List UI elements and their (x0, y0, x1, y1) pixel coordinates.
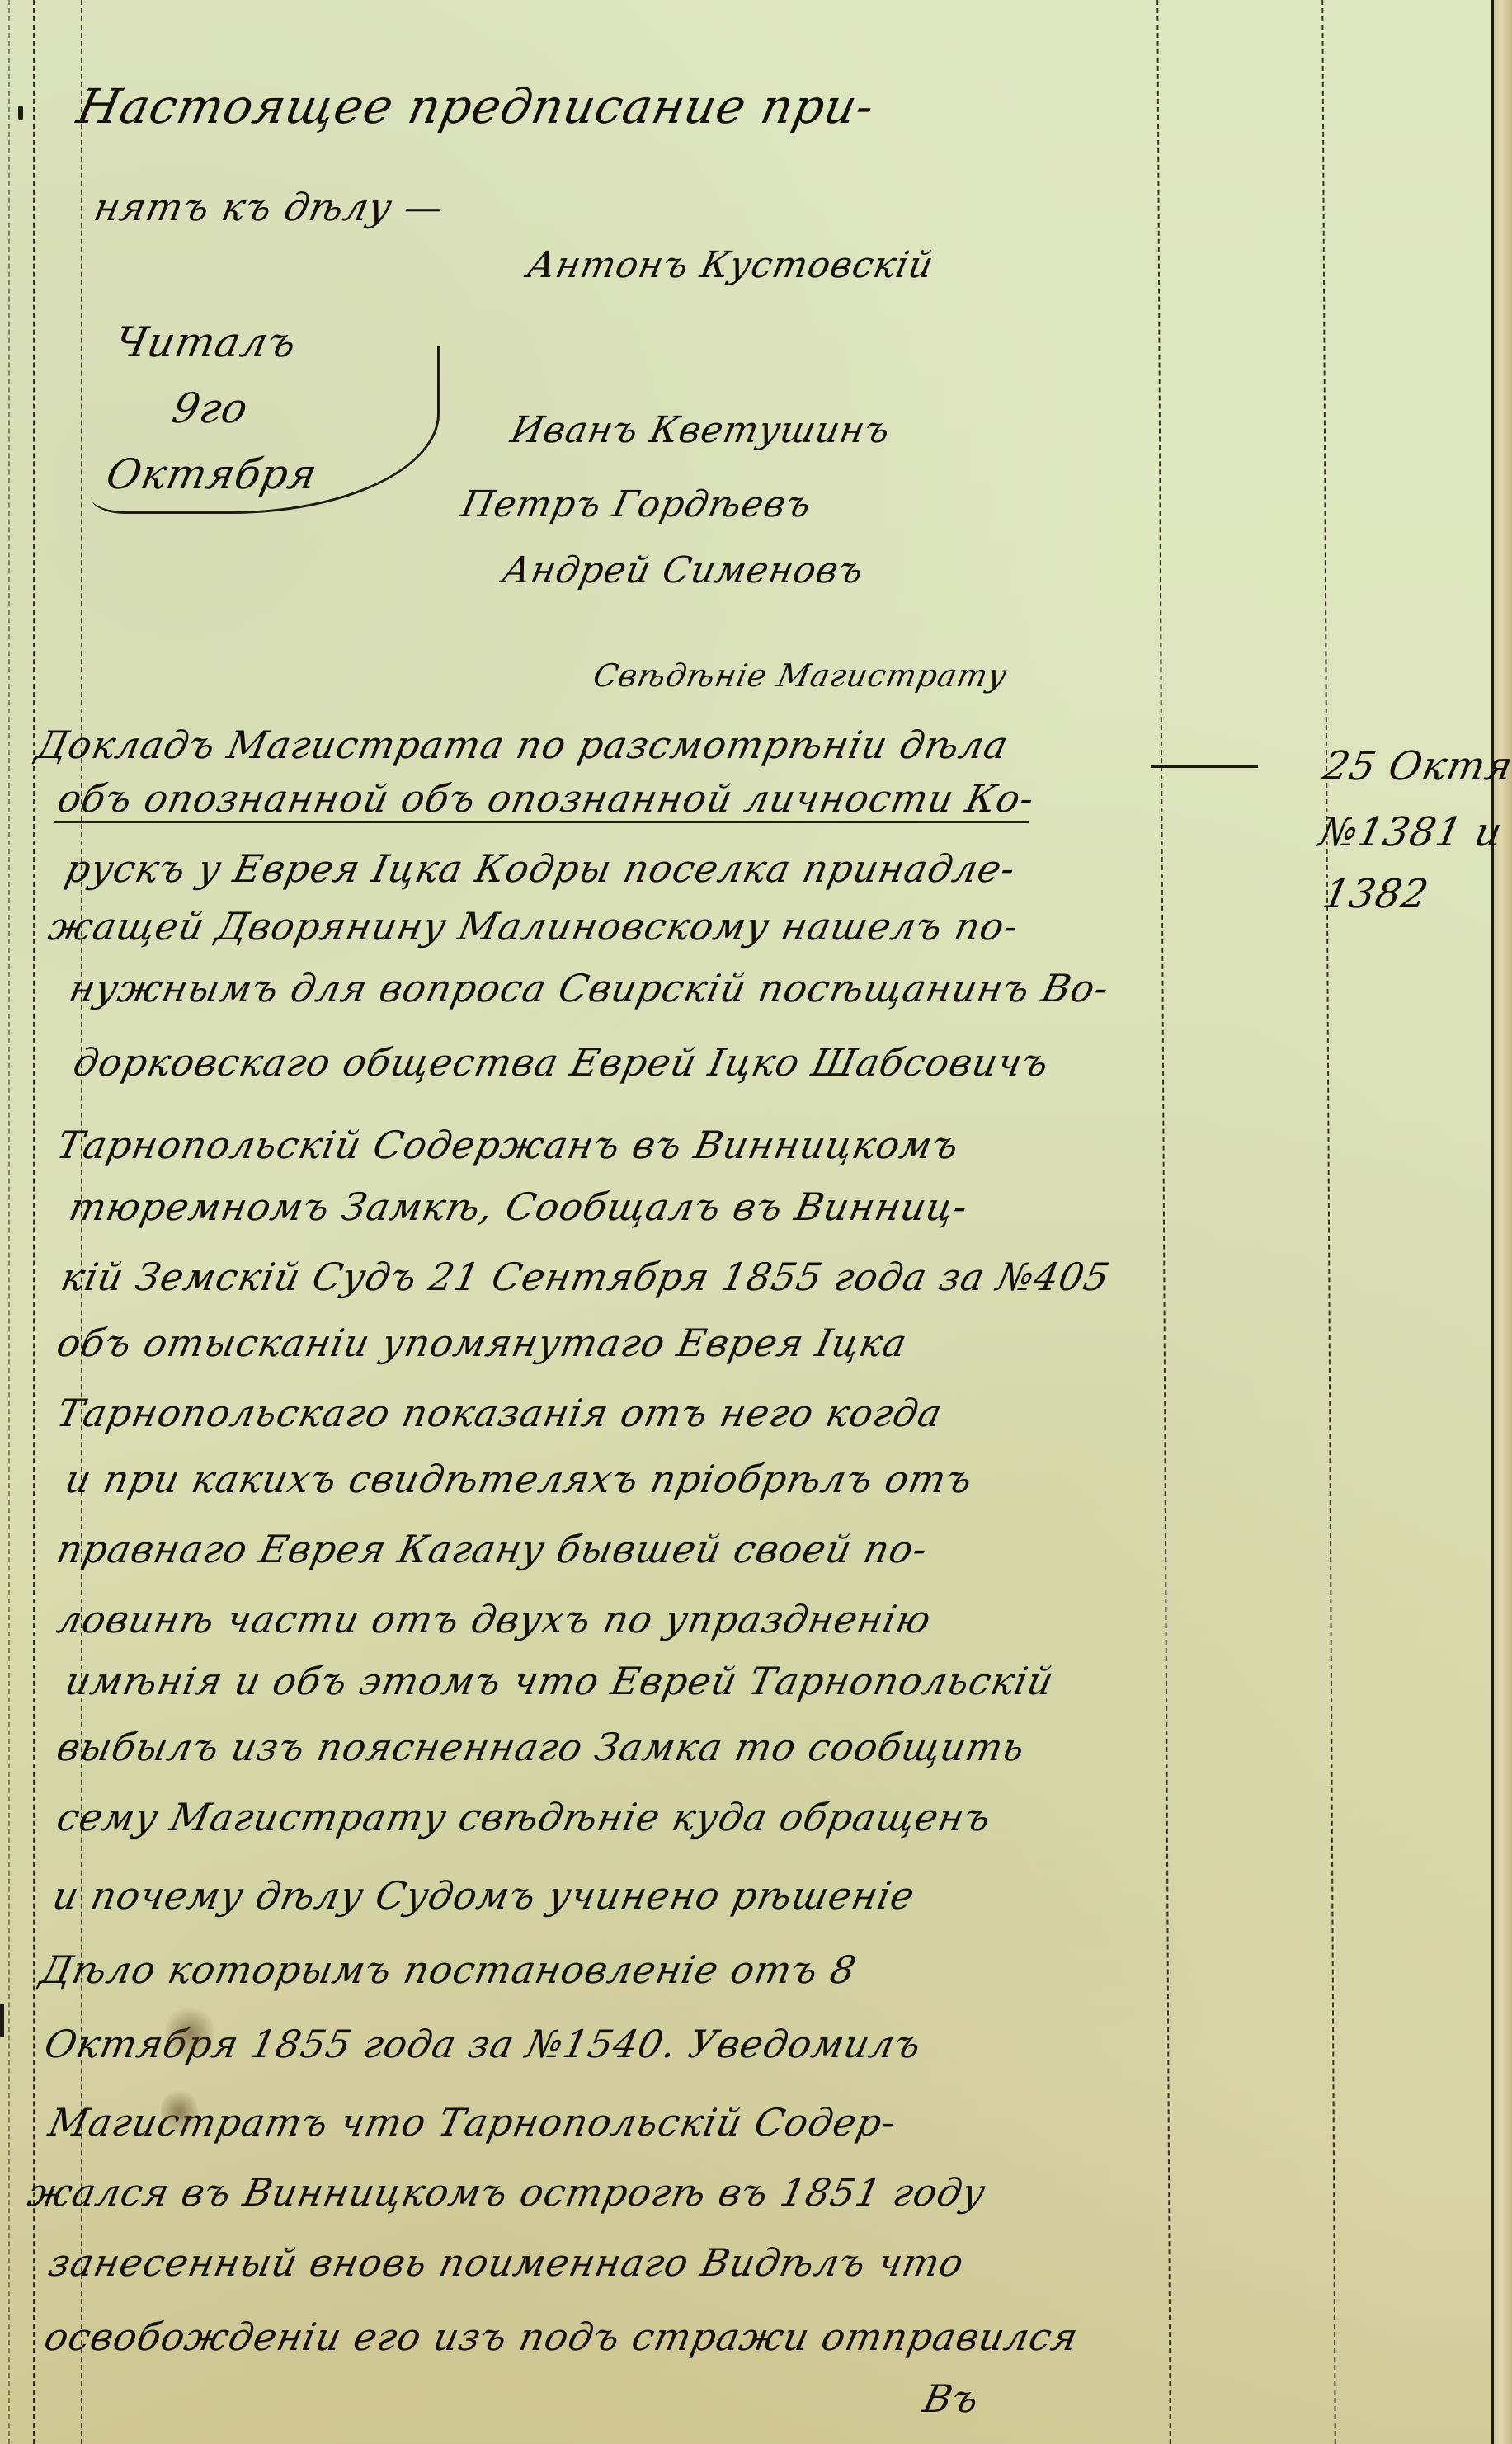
header-line-2: нятъ къ дѣлу — (91, 188, 448, 226)
ink-stain (161, 2087, 198, 2136)
body-line: тюремномъ Замкѣ, Сообщалъ въ Винниц- (66, 1188, 972, 1226)
over-note: Свѣдѣніе Магистрату (591, 660, 1010, 691)
signature-3: Петръ Гордѣевъ (458, 487, 814, 523)
body-line: Тарнопольскаго показанія отъ него когда (54, 1394, 946, 1432)
header-line-1: Настоящее предписание при- (73, 82, 879, 130)
side-number-1: №1381 и (1316, 812, 1506, 852)
body-line: жался въ Винницкомъ острогѣ въ 1851 году (25, 2173, 989, 2211)
body-line: и при какихъ свидѣтеляхъ пріобрѣлъ отъ (62, 1460, 976, 1498)
body-line: и почему дѣлу Судомъ учинено рѣшеніе (49, 1877, 918, 1914)
body-line: ловинѣ части отъ двухъ по упраздненію (54, 1600, 935, 1638)
side-number-2: 1382 (1320, 874, 1432, 914)
column-rule-date-right (1321, 0, 1336, 2444)
body-line: дорковскаго общества Еврей Іцко Шабсович… (70, 1043, 1053, 1081)
margin-rule-outer (8, 0, 10, 2444)
body-line: нужнымъ для вопроса Свирскій посѣщанинъ … (66, 969, 1113, 1007)
margin-dot (18, 106, 23, 120)
body-line: освобожденіи его изъ подъ стражи отправи… (41, 2318, 1081, 2356)
catchword: Въ (920, 2380, 982, 2418)
signature-1: Антонъ Кустовскій (524, 247, 937, 284)
body-line: выбылъ изъ поясненнаго Замка то сообщить (54, 1728, 1029, 1766)
body-line: Тарнопольскій Содержанъ въ Винницкомъ (54, 1126, 963, 1164)
margin-note-bracket (91, 346, 440, 514)
body-line: Докладъ Магистрата по разсмотрѣніи дѣла (33, 726, 1012, 764)
body-line: имѣнія и объ этомъ что Еврей Тарнопольск… (62, 1662, 1057, 1700)
body-line: занесенный вновь поименнаго Видѣлъ что (45, 2244, 968, 2282)
body-line: правнаго Еврея Кагану бывшей своей по- (54, 1530, 931, 1568)
signature-2: Иванъ Кветушинъ (507, 412, 893, 449)
body-line: кій Земскій Судъ 21 Сентября 1855 года з… (58, 1258, 1114, 1296)
body-line: Дѣло которымъ постановленіе отъ 8 (37, 1951, 860, 1989)
margin-mark (0, 2004, 4, 2037)
body-line: жащей Дворянину Малиновскому нашелъ по- (45, 907, 1022, 945)
body-line: объ опознанной объ опознанной личности К… (53, 779, 1038, 823)
margin-rule-left-1 (33, 0, 35, 2444)
column-rule-main-right (1156, 0, 1171, 2444)
side-date: 25 Октяб. (1320, 746, 1512, 786)
page-edge (1494, 0, 1512, 2444)
entry-connector-line (1151, 765, 1258, 768)
body-line: рускъ у Еврея Іцка Кодры поселка принадл… (62, 850, 1019, 888)
ink-stain (165, 2004, 214, 2062)
body-line: объ отысканіи упомянутаго Еврея Іцка (54, 1324, 911, 1362)
body-line: сему Магистрату свѣдѣніе куда обращенъ (54, 1798, 995, 1836)
signature-4: Андрей Сименовъ (499, 553, 867, 589)
